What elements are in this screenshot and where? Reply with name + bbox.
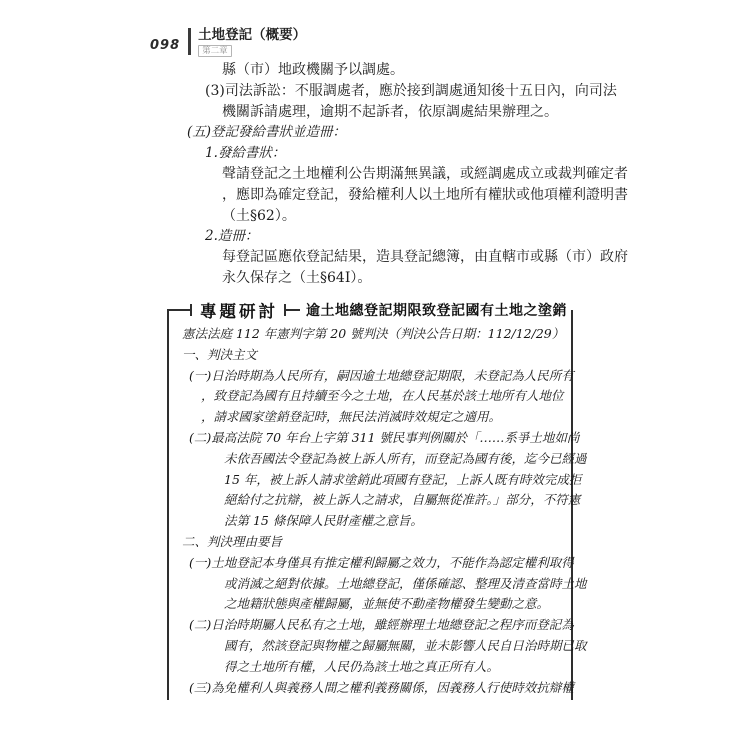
text-line: 得之土地所有權，人民仍為該土地之真正所有人。 [169,657,571,678]
special-topic-text: 憲法法庭 112 年憲判字第 20 號判決（判決公告日期：112/12/29）一… [169,310,571,698]
text-line: 法第 15 條保障人民財產權之意旨。 [169,511,571,532]
special-topic-header: 專題研討 逾土地總登記期限致登記國有土地之塗銷 [167,299,573,321]
text-line: (一)土地登記本身僅具有推定權利歸屬之效力，不能作為認定權利取得 [169,553,571,574]
text-line: 或消滅之絕對依據。土地總登記，僅係確認、整理及清查當時土地 [169,574,571,595]
header-titles: 土地登記（概要） 第二章 [198,27,306,57]
text-line: 機關訴請處理，逾期不起訴者，依原調處結果辦理之。 [150,102,630,123]
text-line: 1.發給書狀： [150,143,630,164]
text-line: 2.造冊： [150,226,630,247]
book-page: 098 土地登記（概要） 第二章 縣（市）地政機關予以調處。(3)司法訴訟：不服… [0,0,750,750]
text-line: 一、判決主文 [169,345,571,366]
text-line: 憲法法庭 112 年憲判字第 20 號判決（判決公告日期：112/12/29） [169,324,571,345]
running-head: 098 土地登記（概要） 第二章 [150,27,306,57]
text-line: 絕給付之抗辯，被上訴人之請求，自屬無從准許。」部分，不符憲 [169,490,571,511]
text-line: (二)日治時期屬人民私有之土地，雖經辦理土地總登記之程序而登記為 [169,615,571,636]
header-rule-segment [167,309,190,311]
text-line: 未依吾國法令登記為被上訴人所有，而登記為國有後，迄今已經過 [169,449,571,470]
text-line: 之地籍狀態與產權歸屬，並無使不動產物權發生變動之意。 [169,594,571,615]
body-text-column: 縣（市）地政機關予以調處。(3)司法訴訟：不服調處者，應於接到調處通知後十五日內… [150,60,630,289]
text-line: 縣（市）地政機關予以調處。 [150,60,630,81]
text-line: (3)司法訴訟：不服調處者，應於接到調處通知後十五日內，向司法 [150,81,630,102]
text-line: 國有，然該登記與物權之歸屬無關，並未影響人民自日治時期已取 [169,636,571,657]
text-line: ，應即為確定登記，發給權利人以土地所有權狀或他項權利證明書 [150,185,630,206]
text-line: (二)最高法院 70 年台上字第 311 號民事判例關於「……系爭土地如尚 [169,428,571,449]
text-line: 15 年，被上訴人請求塗銷此項國有登記，上訴人既有時效完成拒 [169,470,571,491]
text-line: 永久保存之（土§64Ⅰ）。 [150,268,630,289]
page-number: 098 [150,38,180,53]
text-line: 每登記區應依登記結果，造具登記總簿，由直轄市或縣（市）政府 [150,247,630,268]
header-tick [190,304,192,316]
text-line: 二、判決理由要旨 [169,532,571,553]
text-line: (五)登記發給書狀並造冊： [150,122,630,143]
text-line: 聲請登記之土地權利公告期滿無異議，或經調處成立或裁判確定者 [150,164,630,185]
special-topic-box: 專題研討 逾土地總登記期限致登記國有土地之塗銷 憲法法庭 112 年憲判字第 2… [167,310,573,700]
text-line: （土§62）。 [150,206,630,227]
text-line: ，致登記為國有且持續至今之土地，在人民基於該土地所有人地位 [169,386,571,407]
header-divider-bar [188,28,191,55]
special-topic-title: 逾土地總登記期限致登記國有土地之塗銷 [305,300,568,320]
book-title: 土地登記（概要） [198,27,306,43]
text-line: ，請求國家塗銷登記時，無民法消滅時效規定之適用。 [169,407,571,428]
text-line: (一)日治時期為人民所有，嗣因逾土地總登記期限，未登記為人民所有 [169,366,571,387]
chapter-badge: 第二章 [198,45,232,57]
special-topic-label: 專題研討 [198,298,280,322]
header-rule-segment [286,309,300,311]
text-line: (三)為免權利人與義務人間之權利義務關係，因義務人行使時效抗辯權 [169,678,571,699]
